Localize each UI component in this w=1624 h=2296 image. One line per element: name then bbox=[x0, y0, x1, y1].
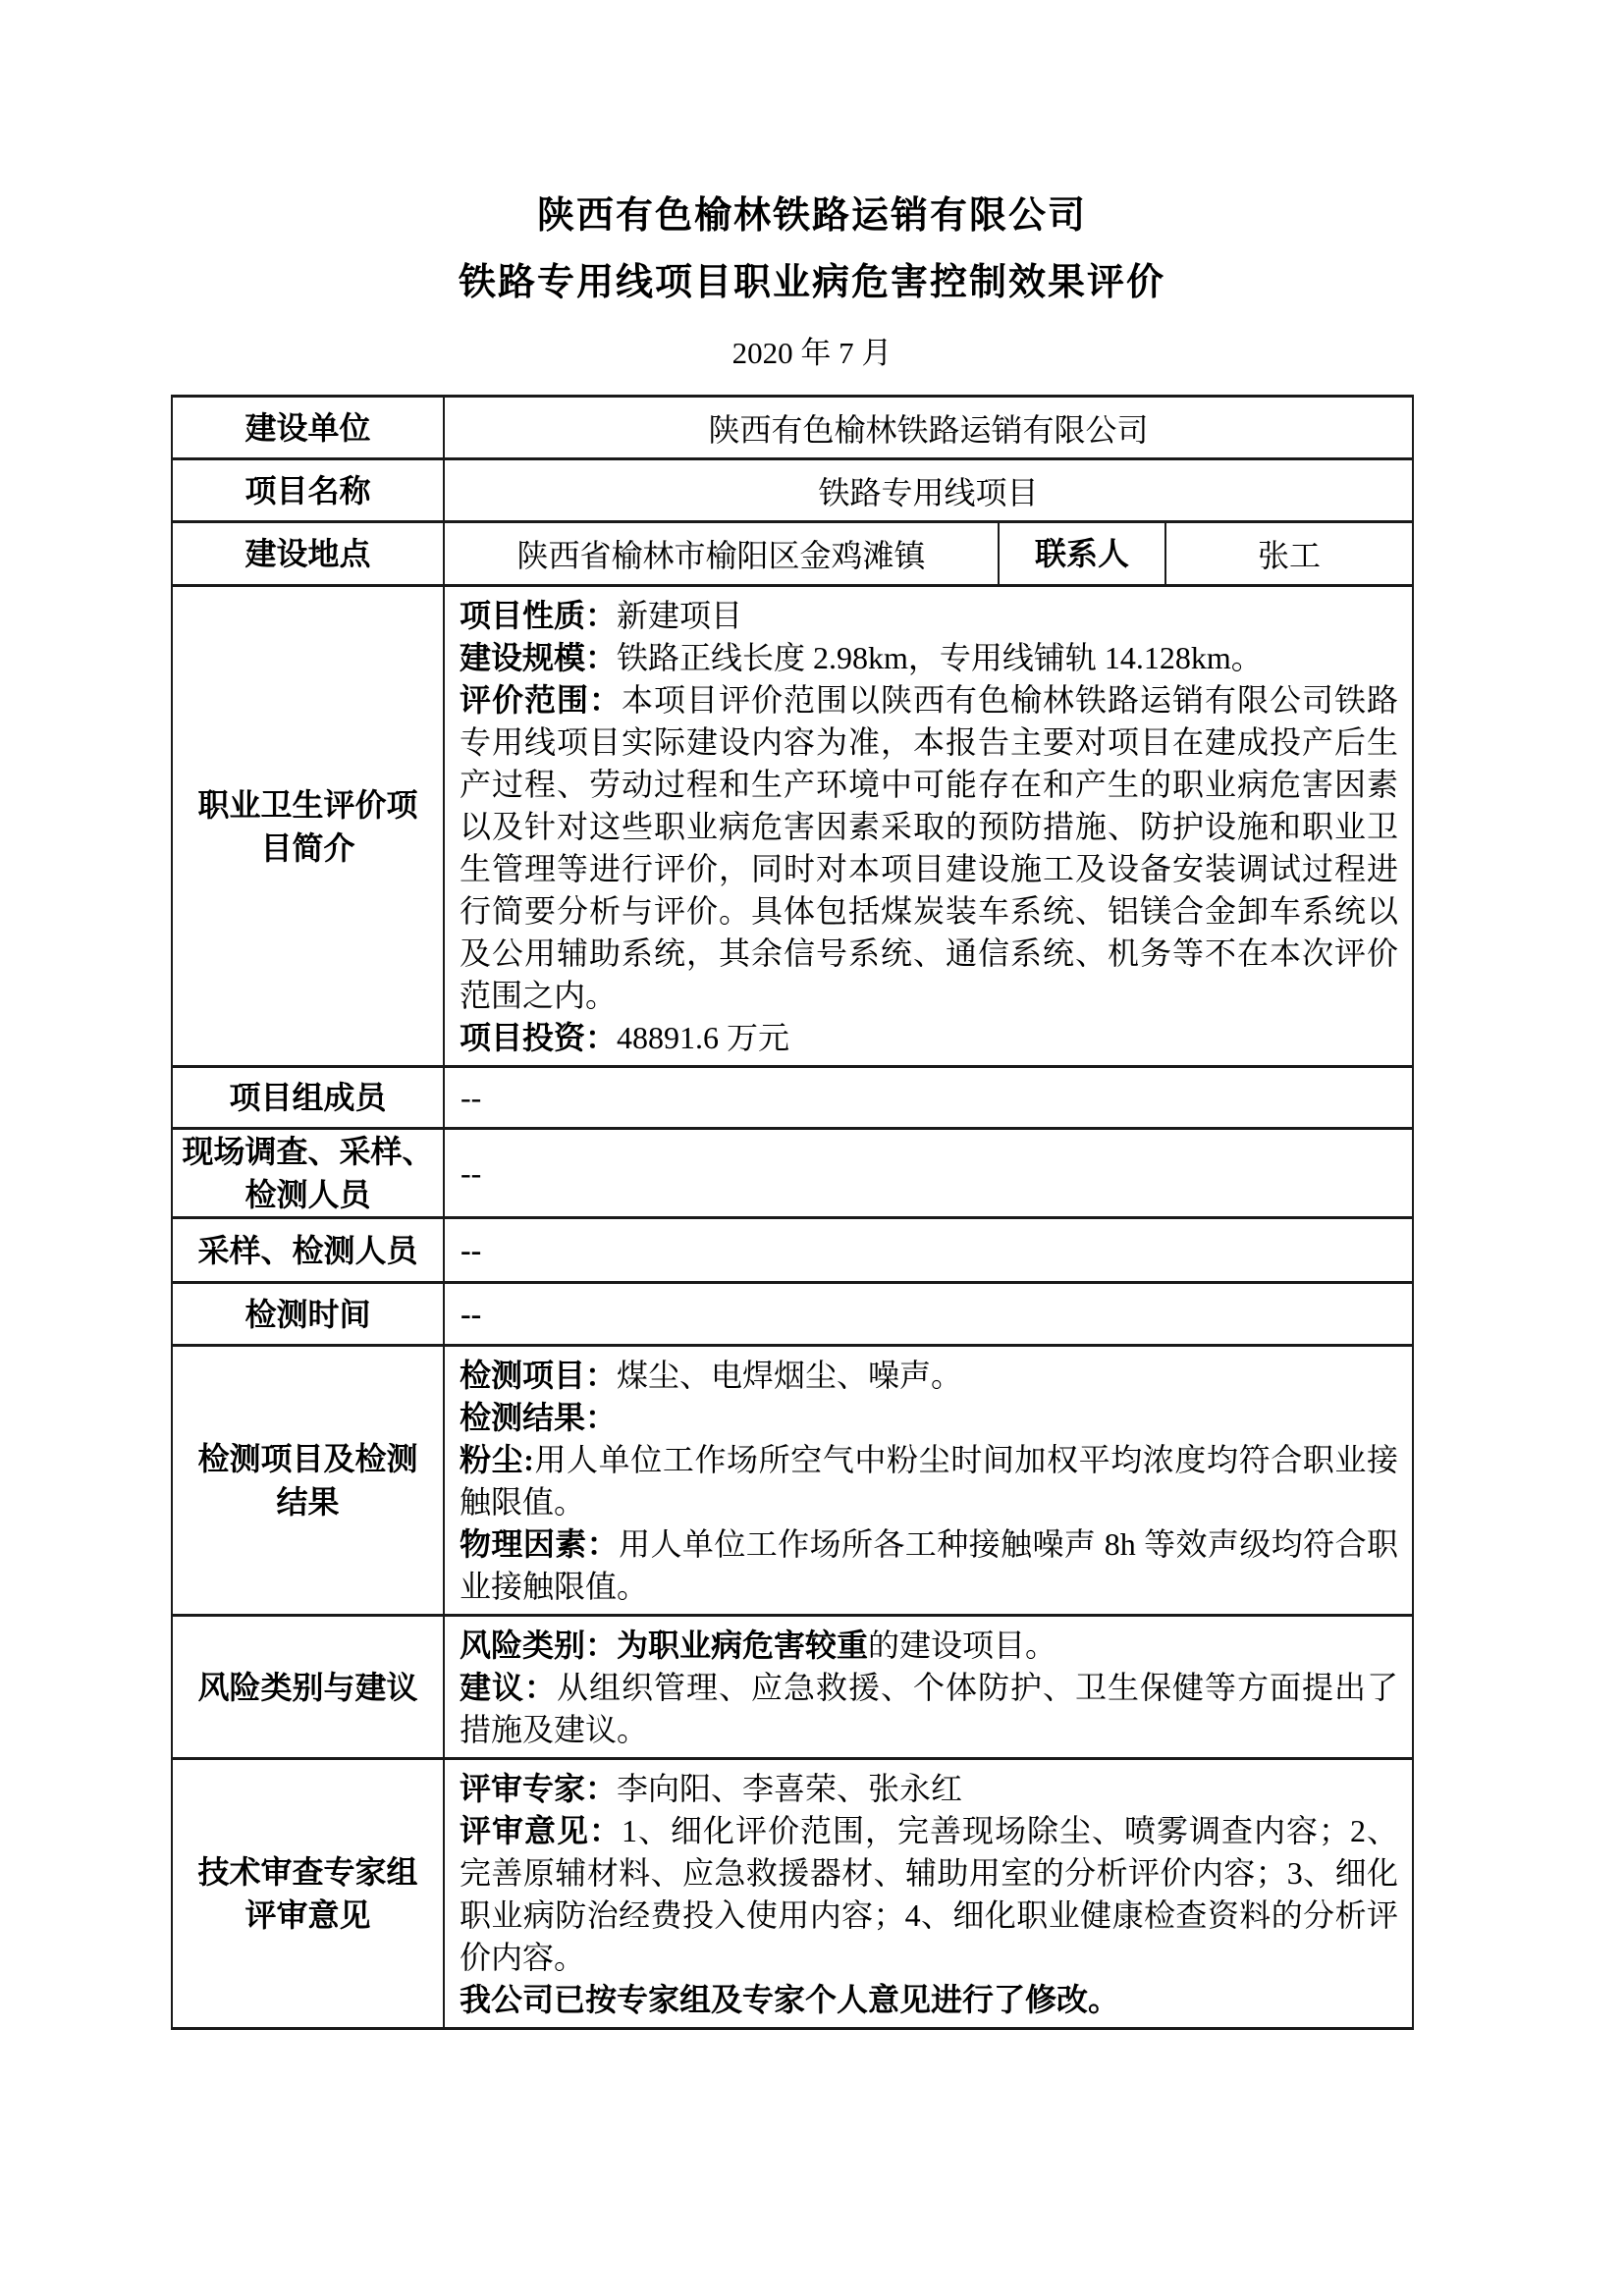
contact-value: 张工 bbox=[1165, 522, 1413, 586]
review-opinions-paragraph: 评审意见：1、细化评价范围，完善现场除尘、喷雾调查内容；2、完善原辅材料、应急救… bbox=[460, 1810, 1398, 1979]
sampling-staff-value: -- bbox=[444, 1218, 1413, 1283]
review-experts-paragraph: 评审专家：李向阳、李喜荣、张永红 bbox=[460, 1768, 1398, 1810]
project-name-value: 铁路专用线项目 bbox=[444, 459, 1413, 522]
test-results-label: 检测项目及检测 结果 bbox=[172, 1346, 444, 1616]
location-label: 建设地点 bbox=[172, 522, 444, 586]
test-results-content: 检测项目：煤尘、电焊烟尘、噪声。 检测结果： 粉尘:用人单位工作场所空气中粉尘时… bbox=[444, 1346, 1413, 1616]
test-time-value: -- bbox=[444, 1283, 1413, 1346]
evaluation-form-table: 建设单位 陕西有色榆林铁路运销有限公司 项目名称 铁路专用线项目 建设地点 陕西… bbox=[171, 395, 1414, 2030]
intro-paragraph-nature: 项目性质：新建项目 bbox=[460, 595, 1398, 637]
project-intro-label: 职业卫生评价项 目简介 bbox=[172, 586, 444, 1067]
document-date: 2020 年 7 月 bbox=[0, 338, 1624, 369]
physical-factor-paragraph: 物理因素：用人单位工作场所各工种接触噪声 8h 等效声级均符合职业接触限值。 bbox=[460, 1523, 1398, 1608]
risk-suggestion-paragraph: 建议：从组织管理、应急救援、个体防护、卫生保健等方面提出了措施及建议。 bbox=[460, 1667, 1398, 1751]
team-members-label: 项目组成员 bbox=[172, 1067, 444, 1129]
test-items-paragraph: 检测项目：煤尘、电焊烟尘、噪声。 bbox=[460, 1355, 1398, 1397]
location-value: 陕西省榆林市榆阳区金鸡滩镇 bbox=[444, 522, 999, 586]
project-name-label: 项目名称 bbox=[172, 459, 444, 522]
row-expert-review: 技术审查专家组 评审意见 评审专家：李向阳、李喜荣、张永红 评审意见：1、细化评… bbox=[172, 1759, 1413, 2029]
intro-paragraph-scale: 建设规模：铁路正线长度 2.98km，专用线铺轨 14.128km。 bbox=[460, 637, 1398, 679]
row-sampling-staff: 采样、检测人员 -- bbox=[172, 1218, 1413, 1283]
survey-staff-value: -- bbox=[444, 1129, 1413, 1218]
contact-label: 联系人 bbox=[999, 522, 1165, 586]
risk-category-content: 风险类别：为职业病危害较重的建设项目。 建议：从组织管理、应急救援、个体防护、卫… bbox=[444, 1616, 1413, 1759]
row-test-time: 检测时间 -- bbox=[172, 1283, 1413, 1346]
row-test-results: 检测项目及检测 结果 检测项目：煤尘、电焊烟尘、噪声。 检测结果： 粉尘:用人单… bbox=[172, 1346, 1413, 1616]
test-result-heading-paragraph: 检测结果： bbox=[460, 1397, 1398, 1439]
document-title-line2: 铁路专用线项目职业病危害控制效果评价 bbox=[0, 263, 1624, 302]
document-page: 陕西有色榆林铁路运销有限公司 铁路专用线项目职业病危害控制效果评价 2020 年… bbox=[0, 0, 1624, 2296]
row-survey-staff: 现场调查、采样、 检测人员 -- bbox=[172, 1129, 1413, 1218]
document-title-line1: 陕西有色榆林铁路运销有限公司 bbox=[0, 196, 1624, 236]
project-intro-content: 项目性质：新建项目 建设规模：铁路正线长度 2.98km，专用线铺轨 14.12… bbox=[444, 586, 1413, 1067]
team-members-value: -- bbox=[444, 1067, 1413, 1129]
dust-result-paragraph: 粉尘:用人单位工作场所空气中粉尘时间加权平均浓度均符合职业接触限值。 bbox=[460, 1439, 1398, 1523]
row-team-members: 项目组成员 -- bbox=[172, 1067, 1413, 1129]
row-construction-unit: 建设单位 陕西有色榆林铁路运销有限公司 bbox=[172, 397, 1413, 459]
test-time-label: 检测时间 bbox=[172, 1283, 444, 1346]
revision-statement-paragraph: 我公司已按专家组及专家个人意见进行了修改。 bbox=[460, 1979, 1398, 2021]
document-header: 陕西有色榆林铁路运销有限公司 铁路专用线项目职业病危害控制效果评价 2020 年… bbox=[0, 0, 1624, 369]
intro-paragraph-investment: 项目投资：48891.6 万元 bbox=[460, 1017, 1398, 1059]
intro-paragraph-scope: 评价范围：本项目评价范围以陕西有色榆林铁路运销有限公司铁路专用线项目实际建设内容… bbox=[460, 679, 1398, 1017]
construction-unit-label: 建设单位 bbox=[172, 397, 444, 459]
row-project-intro: 职业卫生评价项 目简介 项目性质：新建项目 建设规模：铁路正线长度 2.98km… bbox=[172, 586, 1413, 1067]
risk-category-label: 风险类别与建议 bbox=[172, 1616, 444, 1759]
row-location: 建设地点 陕西省榆林市榆阳区金鸡滩镇 联系人 张工 bbox=[172, 522, 1413, 586]
risk-category-paragraph: 风险类别：为职业病危害较重的建设项目。 bbox=[460, 1625, 1398, 1667]
construction-unit-value: 陕西有色榆林铁路运销有限公司 bbox=[444, 397, 1413, 459]
expert-review-content: 评审专家：李向阳、李喜荣、张永红 评审意见：1、细化评价范围，完善现场除尘、喷雾… bbox=[444, 1759, 1413, 2029]
row-risk-category: 风险类别与建议 风险类别：为职业病危害较重的建设项目。 建议：从组织管理、应急救… bbox=[172, 1616, 1413, 1759]
expert-review-label: 技术审查专家组 评审意见 bbox=[172, 1759, 444, 2029]
row-project-name: 项目名称 铁路专用线项目 bbox=[172, 459, 1413, 522]
sampling-staff-label: 采样、检测人员 bbox=[172, 1218, 444, 1283]
survey-staff-label: 现场调查、采样、 检测人员 bbox=[172, 1129, 444, 1218]
